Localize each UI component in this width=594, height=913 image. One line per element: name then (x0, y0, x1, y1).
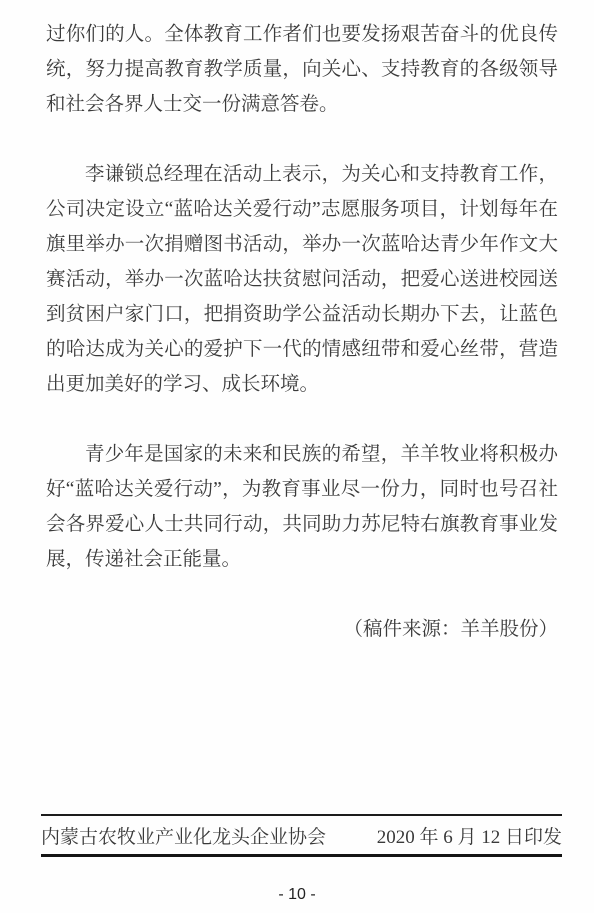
document-page: 过你们的人。全体教育工作者们也要发扬艰苦奋斗的优良传统，努力提高教育教学质量，向… (0, 0, 594, 913)
body-text: 过你们的人。全体教育工作者们也要发扬艰苦奋斗的优良传统，努力提高教育教学质量，向… (46, 17, 558, 682)
print-date: 2020 年 6 月 12 日印发 (377, 822, 562, 849)
paragraph-closing: 青少年是国家的未来和民族的希望，羊羊牧业将积极办好“蓝哈达关爱行动”，为教育事业… (46, 437, 558, 577)
colophon: 内蒙古农牧业产业化龙头企业协会 2020 年 6 月 12 日印发 (41, 814, 562, 857)
paragraph-remarks: 李谦锁总经理在活动上表示，为关心和支持教育工作，公司决定设立“蓝哈达关爱行动”志… (46, 157, 558, 402)
paragraph-continuation: 过你们的人。全体教育工作者们也要发扬艰苦奋斗的优良传统，努力提高教育教学质量，向… (46, 17, 558, 122)
issuing-organization: 内蒙古农牧业产业化龙头企业协会 (41, 822, 326, 849)
source-attribution: （稿件来源：羊羊股份） (46, 612, 558, 647)
page-number: - 10 - (0, 886, 594, 904)
